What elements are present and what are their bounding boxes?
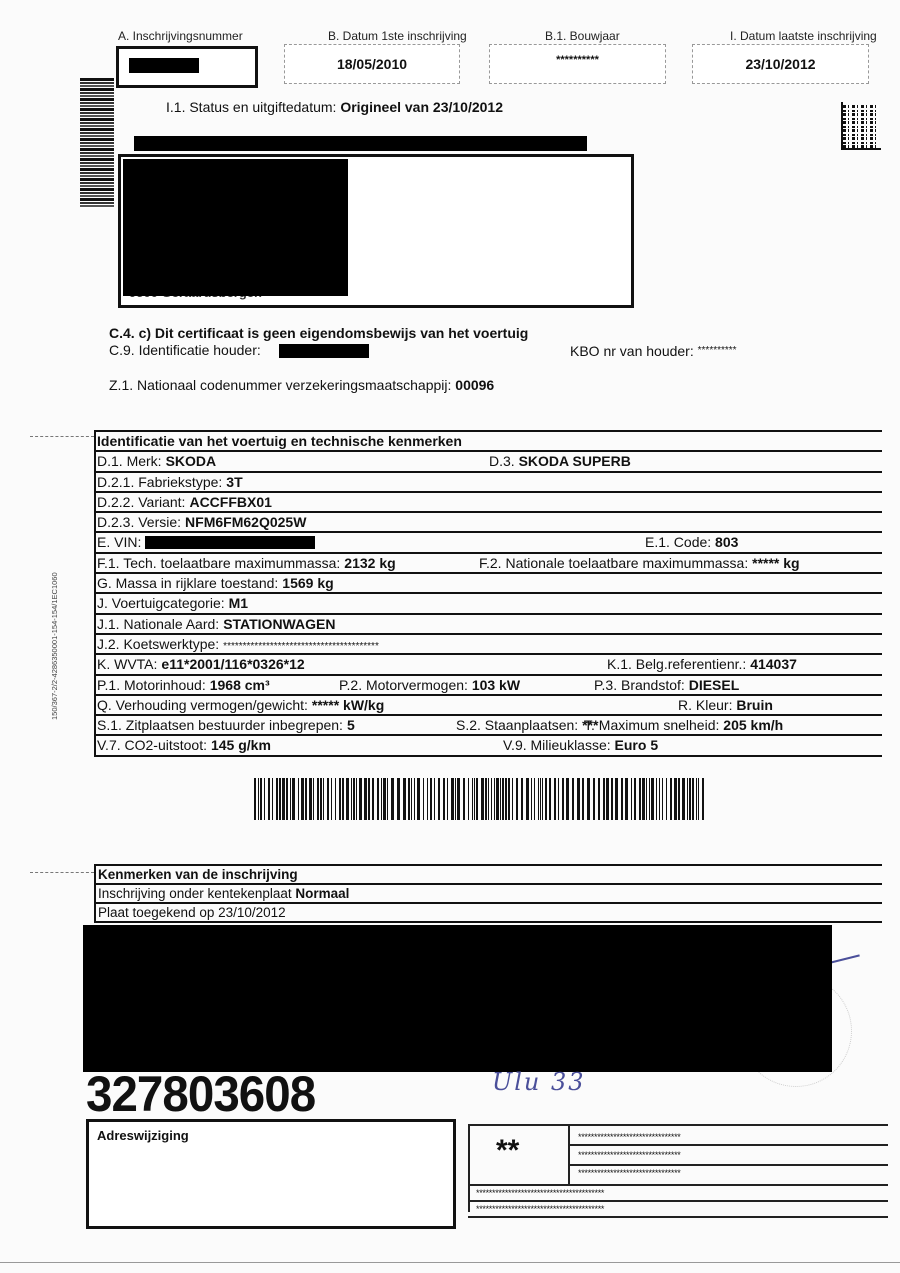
barcode-bar xyxy=(593,778,595,820)
barcode-bar xyxy=(531,778,532,820)
field-label: D.1. Merk: xyxy=(97,453,162,469)
last-registration-date-label: I. Datum laatste inschrijving xyxy=(730,29,877,43)
pen-stroke xyxy=(830,954,860,963)
barcode-bar xyxy=(447,778,448,820)
barcode-bar xyxy=(545,778,547,820)
field-label: G. Massa in rijklare toestand: xyxy=(97,575,278,591)
field-label: J. Voertuigcategorie: xyxy=(97,595,225,611)
barcode-bar xyxy=(309,778,312,820)
technical-title-text: Identificatie van het voertuig en techni… xyxy=(97,432,462,450)
qr-code-icon xyxy=(843,104,879,148)
barcode-bar xyxy=(317,778,319,820)
field-value: ***** kg xyxy=(752,555,799,571)
last-registration-date-value: 23/10/2012 xyxy=(745,56,815,72)
barcode-bar xyxy=(397,778,400,820)
field-value: 414037 xyxy=(750,656,797,672)
field-label: P.2. Motorvermogen: xyxy=(339,677,468,693)
table-row: P.1. Motorinhoud:1968 cm³P.2. Motorvermo… xyxy=(94,676,882,696)
masked-line-3: ******************************** xyxy=(578,1168,680,1178)
barcode-bar xyxy=(481,778,484,820)
table-row: J. Voertuigcategorie:M1 xyxy=(94,594,882,614)
barcode-bar xyxy=(582,778,584,820)
row-mid: P.2. Motorvermogen: 103 kW xyxy=(339,676,520,694)
table-row: E. VIN:E.1. Code: 803 xyxy=(94,533,882,553)
holder-address-box: 9500 Geraardsbergen xyxy=(118,154,634,308)
field-label: D.2.1. Fabriekstype: xyxy=(97,474,222,490)
field-label: D.3. xyxy=(489,453,515,469)
table-row: K. WVTA:e11*2001/116*0326*12K.1. Belg.re… xyxy=(94,655,882,675)
barcode-bar xyxy=(298,778,299,820)
field-value: STATIONWAGEN xyxy=(223,616,335,632)
status-line: I.1. Status en uitgiftedatum: Origineel … xyxy=(166,99,503,115)
first-registration-date-box: 18/05/2010 xyxy=(284,44,460,84)
barcode-bar xyxy=(381,778,382,820)
field-value: 103 kW xyxy=(472,677,520,693)
barcode-bar xyxy=(692,778,694,820)
barcode-bar xyxy=(603,778,605,820)
barcode-bar xyxy=(254,778,256,820)
barcode-bar xyxy=(443,778,445,820)
barcode-bar xyxy=(526,778,529,820)
barcode-bar xyxy=(702,778,704,820)
barcode-bar xyxy=(468,778,469,820)
field-value: NFM6FM62Q025W xyxy=(185,514,306,530)
table-row: J.2. Koetswerktype:*********************… xyxy=(94,635,882,655)
field-label: S.2. Staanplaatsen: xyxy=(456,717,578,733)
barcode-bar xyxy=(335,778,336,820)
table-row: Q. Verhouding vermogen/gewicht:***** kW/… xyxy=(94,696,882,716)
row-left: V.7. CO2-uitstoot:145 g/km xyxy=(97,736,271,754)
kbo-value: ********** xyxy=(698,345,737,356)
barcode-bar xyxy=(606,778,609,820)
barcode-bar xyxy=(615,778,618,820)
row-left: P.1. Motorinhoud:1968 cm³ xyxy=(97,676,270,694)
vehicle-barcode-icon xyxy=(254,778,706,820)
table-row: D.2.3. Versie:NFM6FM62Q025W xyxy=(94,513,882,533)
barcode-bar xyxy=(364,778,367,820)
barcode-bar xyxy=(320,778,322,820)
build-year-value: ********** xyxy=(556,54,599,66)
table-row: S.1. Zitplaatsen bestuurder inbegrepen:5… xyxy=(94,716,882,736)
field-label: V.9. Milieuklasse: xyxy=(503,737,611,753)
field-label: K.1. Belg.referentienr.: xyxy=(607,656,746,672)
field-value: ACCFFBX01 xyxy=(189,494,271,510)
barcode-bar xyxy=(463,778,465,820)
barcode-bar xyxy=(411,778,412,820)
fold-line xyxy=(30,436,94,437)
barcode-bar xyxy=(698,778,699,820)
redacted-vin xyxy=(145,536,315,549)
field-label: S.1. Zitplaatsen bestuurder inbegrepen: xyxy=(97,717,343,733)
barcode-bar xyxy=(670,778,672,820)
barcode-bar xyxy=(368,778,370,820)
barcode-bar xyxy=(377,778,379,820)
barcode-bar xyxy=(391,778,394,820)
field-value: e11*2001/116*0326*12 xyxy=(161,656,304,672)
holder-id-label: C.9. Identificatie houder: xyxy=(109,342,261,358)
field-value: ***** kW/kg xyxy=(312,697,384,713)
barcode-bar xyxy=(689,778,691,820)
row-left: D.2.1. Fabriekstype:3T xyxy=(97,473,243,491)
row-left: F.1. Tech. toelaatbare maximummassa:2132… xyxy=(97,554,396,572)
technical-table-title: Identificatie van het voertuig en techni… xyxy=(94,430,882,452)
field-label: E.1. Code: xyxy=(645,534,711,550)
redacted-holder-address xyxy=(123,159,348,296)
field-value: 2132 kg xyxy=(344,555,395,571)
row-left: J. Voertuigcategorie:M1 xyxy=(97,594,248,612)
table-row: D.2.2. Variant:ACCFFBX01 xyxy=(94,493,882,513)
address-change-label: Adreswijziging xyxy=(97,1128,189,1143)
field-label: F.1. Tech. toelaatbare maximummassa: xyxy=(97,555,340,571)
field-label: E. VIN: xyxy=(97,534,141,550)
field-value: 3T xyxy=(226,474,242,490)
field-label: P.3. Brandstof: xyxy=(594,677,685,693)
barcode-bar xyxy=(353,778,355,820)
status-value: Origineel van 23/10/2012 xyxy=(340,99,503,115)
barcode-bar xyxy=(417,778,420,820)
barcode-bar xyxy=(572,778,574,820)
barcode-bar xyxy=(313,778,314,820)
redacted-holder-name xyxy=(134,136,587,151)
field-label: T. Maximum snelheid: xyxy=(584,717,719,733)
field-label: Q. Verhouding vermogen/gewicht: xyxy=(97,697,308,713)
barcode-bar xyxy=(342,778,344,820)
registration-number-box xyxy=(116,46,258,88)
barcode-bar xyxy=(351,778,352,820)
barcode-bar xyxy=(408,778,410,820)
row-left: E. VIN: xyxy=(97,533,315,551)
barcode-bar xyxy=(476,778,478,820)
plate-assigned-text: Plaat toegekend op 23/10/2012 xyxy=(98,904,286,921)
barcode-bar xyxy=(434,778,435,820)
first-registration-date-value: 18/05/2010 xyxy=(337,56,407,72)
plate-assigned-row: Plaat toegekend op 23/10/2012 xyxy=(94,904,882,923)
barcode-bar xyxy=(662,778,663,820)
barcode-bar xyxy=(272,778,273,820)
row-left: J.1. Nationale Aard:STATIONWAGEN xyxy=(97,615,335,633)
rule xyxy=(568,1144,888,1146)
field-value: DIESEL xyxy=(689,677,740,693)
barcode-bar xyxy=(387,778,388,820)
table-row: G. Massa in rijklare toestand:1569 kg xyxy=(94,574,882,594)
field-label: J.1. Nationale Aard: xyxy=(97,616,219,632)
barcode-bar xyxy=(438,778,440,820)
barcode-bar xyxy=(383,778,386,820)
barcode-bar xyxy=(494,778,495,820)
barcode-bar xyxy=(279,778,281,820)
row-left: D.2.2. Variant:ACCFFBX01 xyxy=(97,493,272,511)
bottom-code: ** xyxy=(496,1134,519,1168)
barcode-bar xyxy=(508,778,510,820)
document-number: 327803608 xyxy=(86,1068,315,1120)
field-value: 5 xyxy=(347,717,355,733)
barcode-bar xyxy=(634,778,636,820)
barcode-bar xyxy=(282,778,285,820)
barcode-bar xyxy=(258,778,259,820)
field-label: P.1. Motorinhoud: xyxy=(97,677,206,693)
insurer-code-value: 00096 xyxy=(455,377,494,393)
barcode-bar xyxy=(512,778,513,820)
barcode-bar xyxy=(696,778,697,820)
barcode-bar xyxy=(356,778,357,820)
barcode-bar xyxy=(516,778,518,820)
page-edge xyxy=(0,1262,900,1263)
barcode-bar xyxy=(359,778,362,820)
barcode-bar xyxy=(621,778,623,820)
barcode-bar xyxy=(276,778,278,820)
barcode-bar xyxy=(472,778,473,820)
row-left: Q. Verhouding vermogen/gewicht:***** kW/… xyxy=(97,696,384,714)
barcode-bar xyxy=(260,778,262,820)
row-right: F.2. Nationale toelaatbare maximummassa:… xyxy=(479,554,800,572)
masked-line-2: ******************************** xyxy=(578,1150,680,1160)
barcode-bar xyxy=(682,778,685,820)
fold-line-2 xyxy=(30,872,94,873)
barcode-bar xyxy=(666,778,667,820)
barcode-bar xyxy=(549,778,551,820)
field-value: 1968 cm³ xyxy=(210,677,270,693)
barcode-bar xyxy=(485,778,487,820)
barcode-bar xyxy=(457,778,460,820)
barcode-bar xyxy=(268,778,270,820)
barcode-bar xyxy=(301,778,304,820)
masked-line-1: ******************************** xyxy=(578,1132,680,1142)
field-label: V.7. CO2-uitstoot: xyxy=(97,737,207,753)
last-registration-date-box: 23/10/2012 xyxy=(692,44,869,84)
table-row: D.1. Merk:SKODAD.3. SKODA SUPERB xyxy=(94,452,882,472)
handwritten-note: Ulu 33 xyxy=(492,1068,586,1096)
barcode-bar xyxy=(538,778,539,820)
barcode-bar xyxy=(649,778,650,820)
barcode-bar xyxy=(372,778,374,820)
redacted-registration-number xyxy=(129,58,199,73)
barcode-bar xyxy=(346,778,349,820)
field-label: F.2. Nationale toelaatbare maximummassa: xyxy=(479,555,748,571)
field-value: 803 xyxy=(715,534,738,550)
barcode-bar xyxy=(639,778,641,820)
field-label: R. Kleur: xyxy=(678,697,732,713)
row-right: R. Kleur: Bruin xyxy=(678,696,773,714)
row-left: G. Massa in rijklare toestand:1569 kg xyxy=(97,574,334,592)
barcode-bar xyxy=(566,778,569,820)
technical-table: Identificatie van het voertuig en techni… xyxy=(94,430,882,757)
barcode-bar xyxy=(598,778,600,820)
barcode-bar xyxy=(455,778,456,820)
barcode-bar xyxy=(656,778,657,820)
barcode-bar xyxy=(305,778,307,820)
plate-type-label: Inschrijving onder kentekenplaat xyxy=(98,886,292,901)
field-value: SKODA SUPERB xyxy=(519,453,631,469)
build-year-box: ********** xyxy=(489,44,666,84)
plate-type-value: Normaal xyxy=(295,886,349,901)
registration-number-label: A. Inschrijvingsnummer xyxy=(118,29,243,43)
redacted-block xyxy=(83,925,832,1072)
insurer-code-line: Z.1. Nationaal codenummer verzekeringsma… xyxy=(109,377,494,393)
rule xyxy=(568,1164,888,1166)
barcode-bar xyxy=(505,778,507,820)
barcode-bar xyxy=(646,778,647,820)
barcode-bar xyxy=(542,778,543,820)
barcode-bar xyxy=(534,778,535,820)
status-label: I.1. Status en uitgiftedatum: xyxy=(166,99,336,115)
field-value: 205 km/h xyxy=(723,717,783,733)
barcode-bar xyxy=(587,778,590,820)
redacted-holder-id xyxy=(279,344,369,358)
side-barcode-icon xyxy=(80,78,114,208)
row-right: K.1. Belg.referentienr.: 414037 xyxy=(607,655,797,673)
barcode-bar xyxy=(292,778,295,820)
field-label: J.2. Koetswerktype: xyxy=(97,636,219,652)
barcode-bar xyxy=(427,778,428,820)
barcode-bar xyxy=(403,778,406,820)
barcode-bar xyxy=(558,778,559,820)
row-left: K. WVTA:e11*2001/116*0326*12 xyxy=(97,655,305,673)
field-value: M1 xyxy=(229,595,248,611)
field-value: Euro 5 xyxy=(615,737,659,753)
barcode-bar xyxy=(659,778,660,820)
barcode-bar xyxy=(327,778,329,820)
registration-table-title: Kenmerken van de inschrijving xyxy=(94,864,882,885)
barcode-bar xyxy=(540,778,541,820)
kbo-line: KBO nr van houder: ********** xyxy=(570,343,737,359)
rule xyxy=(468,1124,470,1212)
bottom-code-box: ** ******************************** ****… xyxy=(468,1124,888,1224)
barcode-bar xyxy=(339,778,341,820)
row-right: E.1. Code: 803 xyxy=(645,533,738,551)
field-label: D.2.2. Variant: xyxy=(97,494,185,510)
barcode-bar xyxy=(631,778,632,820)
barcode-bar xyxy=(625,778,628,820)
rule xyxy=(468,1124,888,1126)
rule xyxy=(568,1124,570,1184)
field-value: SKODA xyxy=(166,453,217,469)
row-left: D.1. Merk:SKODA xyxy=(97,452,216,470)
barcode-bar xyxy=(687,778,688,820)
row-left: J.2. Koetswerktype:*********************… xyxy=(97,635,379,656)
field-label: D.2.3. Versie: xyxy=(97,514,181,530)
masked-line-4: **************************************** xyxy=(476,1188,604,1198)
holder-id-line: C.9. Identificatie houder: xyxy=(109,342,261,358)
field-value: 145 g/km xyxy=(211,737,271,753)
barcode-bar xyxy=(423,778,424,820)
registration-table: Kenmerken van de inschrijving Inschrijvi… xyxy=(94,864,882,923)
barcode-bar xyxy=(286,778,288,820)
field-value: **************************************** xyxy=(223,641,379,652)
table-row: J.1. Nationale Aard:STATIONWAGEN xyxy=(94,615,882,635)
rule xyxy=(468,1184,888,1186)
plate-type-row: Inschrijving onder kentekenplaat Normaal xyxy=(94,885,882,904)
build-year-label: B.1. Bouwjaar xyxy=(545,29,620,43)
barcode-bar xyxy=(414,778,415,820)
barcode-bar xyxy=(264,778,265,820)
barcode-bar xyxy=(500,778,501,820)
table-row: F.1. Tech. toelaatbare maximummassa:2132… xyxy=(94,554,882,574)
barcode-bar xyxy=(577,778,580,820)
barcode-bar xyxy=(430,778,432,820)
barcode-bar xyxy=(488,778,489,820)
barcode-bar xyxy=(451,778,454,820)
registration-title-text: Kenmerken van de inschrijving xyxy=(98,866,298,883)
rule xyxy=(468,1200,888,1202)
barcode-bar xyxy=(496,778,499,820)
row-left: D.2.3. Versie:NFM6FM62Q025W xyxy=(97,513,306,531)
table-row: D.2.1. Fabriekstype:3T xyxy=(94,473,882,493)
barcode-bar xyxy=(502,778,504,820)
barcode-bar xyxy=(651,778,654,820)
row-right: D.3. SKODA SUPERB xyxy=(489,452,631,470)
row-mid: S.2. Staanplaatsen: *** xyxy=(456,716,598,734)
row-left: S.1. Zitplaatsen bestuurder inbegrepen:5 xyxy=(97,716,355,734)
masked-line-5: **************************************** xyxy=(476,1204,604,1214)
insurer-code-label: Z.1. Nationaal codenummer verzekeringsma… xyxy=(109,377,451,393)
row-right: T. Maximum snelheid: 205 km/h xyxy=(584,716,783,734)
table-row: V.7. CO2-uitstoot:145 g/kmV.9. Milieukla… xyxy=(94,736,882,756)
field-label: K. WVTA: xyxy=(97,656,157,672)
rule xyxy=(468,1216,888,1218)
barcode-bar xyxy=(678,778,680,820)
ownership-notice: C.4. c) Dit certificaat is geen eigendom… xyxy=(109,325,528,341)
field-value: 1569 kg xyxy=(282,575,333,591)
row-right: P.3. Brandstof: DIESEL xyxy=(594,676,739,694)
row-right: V.9. Milieuklasse: Euro 5 xyxy=(503,736,658,754)
barcode-bar xyxy=(674,778,677,820)
barcode-bar xyxy=(611,778,613,820)
side-form-code: 150/367-2/2-4286350001-154-154/1EC1060 xyxy=(50,572,59,720)
barcode-bar xyxy=(323,778,324,820)
kbo-label: KBO nr van houder: xyxy=(570,343,694,359)
barcode-bar xyxy=(491,778,492,820)
barcode-bar xyxy=(521,778,523,820)
address-change-box[interactable]: Adreswijziging xyxy=(86,1119,456,1229)
barcode-bar xyxy=(642,778,645,820)
barcode-bar xyxy=(562,778,564,820)
field-value: Bruin xyxy=(736,697,773,713)
barcode-bar xyxy=(290,778,291,820)
barcode-bar xyxy=(331,778,332,820)
barcode-bar xyxy=(554,778,556,820)
first-registration-date-label: B. Datum 1ste inschrijving xyxy=(328,29,467,43)
barcode-bar xyxy=(474,778,475,820)
